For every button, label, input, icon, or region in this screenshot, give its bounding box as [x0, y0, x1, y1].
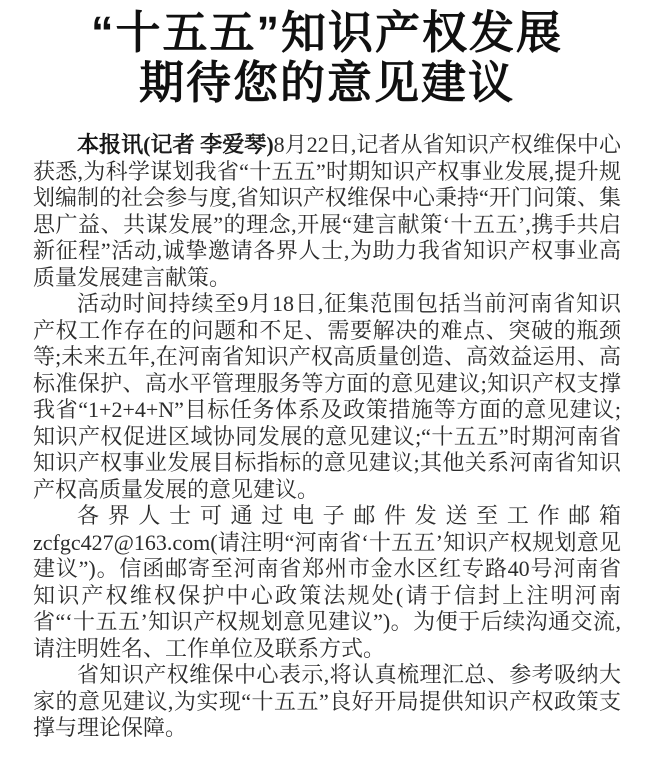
article-paragraph-2: 活动时间持续至9月18日,征集范围包括当前河南省知识产权工作存在的问题和不足、需…: [33, 291, 621, 503]
article-paragraph-1: 本报讯(记者 李爱琴)8月22日,记者从省知识产权维保中心获悉,为科学谋划我省“…: [33, 132, 621, 291]
email-address: zcfgc427@163.com: [33, 530, 210, 555]
reporter-byline: (记者 李爱琴): [143, 132, 274, 157]
article-headline: “十五五”知识产权发展 期待您的意见建议: [33, 8, 621, 108]
newspaper-article: “十五五”知识产权发展 期待您的意见建议 本报讯(记者 李爱琴)8月22日,记者…: [0, 0, 654, 766]
dateline-lead: 本报讯: [77, 132, 143, 157]
paragraph-2-text: 活动时间持续至9月18日,征集范围包括当前河南省知识产权工作存在的问题和不足、需…: [33, 291, 621, 502]
paragraph-3-pre-email: 各界人士可通过电子邮件发送至工作邮箱: [77, 503, 621, 528]
article-paragraph-4: 省知识产权维保中心表示,将认真梳理汇总、参考吸纳大家的意见建议,为实现“十五五”…: [33, 662, 621, 742]
headline-line-1: “十五五”知识产权发展: [33, 8, 621, 58]
paragraph-4-text: 省知识产权维保中心表示,将认真梳理汇总、参考吸纳大家的意见建议,为实现“十五五”…: [33, 662, 621, 740]
article-body: 本报讯(记者 李爱琴)8月22日,记者从省知识产权维保中心获悉,为科学谋划我省“…: [33, 132, 621, 742]
headline-line-2: 期待您的意见建议: [33, 58, 621, 108]
article-paragraph-3: 各界人士可通过电子邮件发送至工作邮箱 zcfgc427@163.com(请注明“…: [33, 503, 621, 662]
